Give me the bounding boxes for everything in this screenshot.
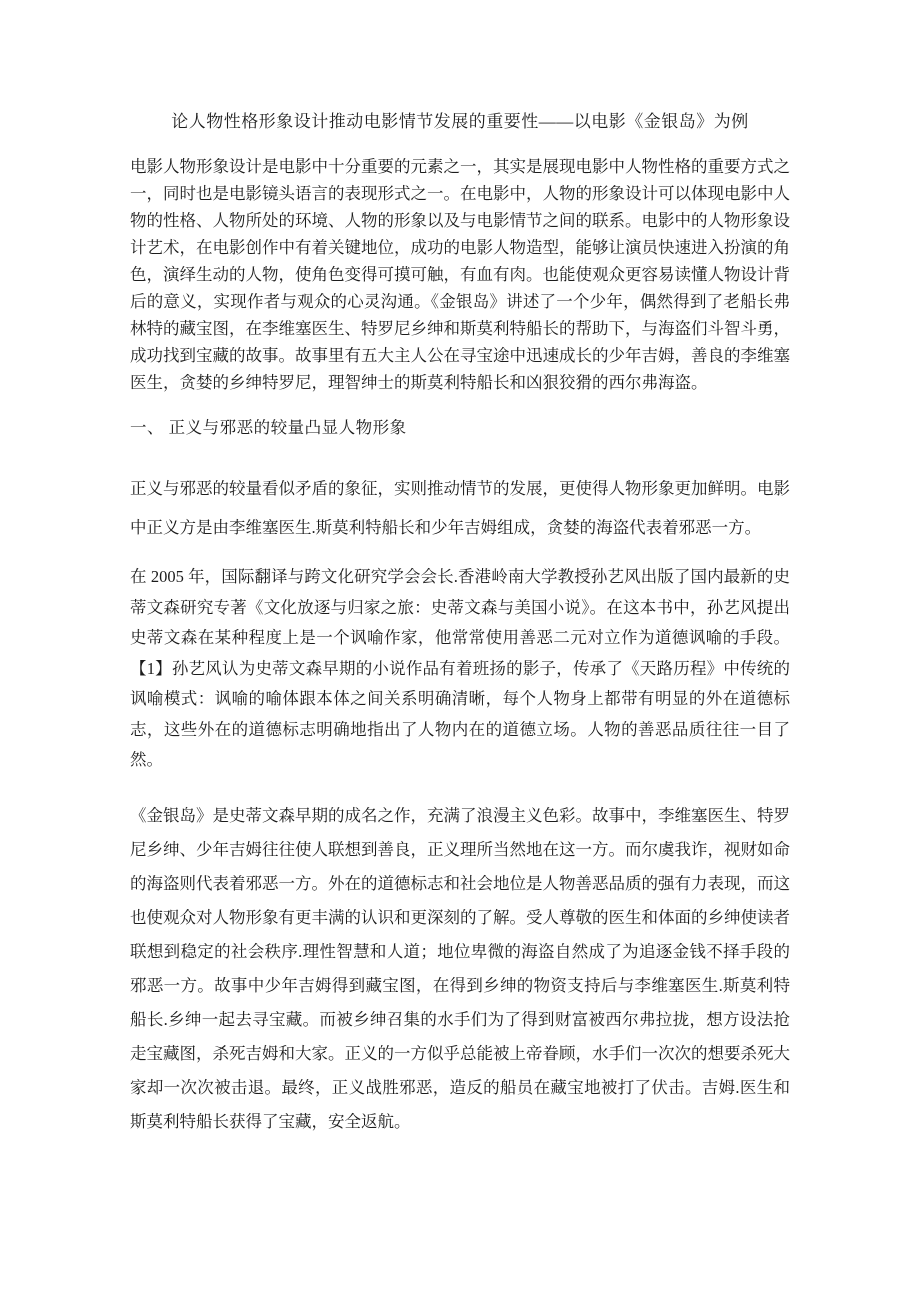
intro-paragraph: 电影人物形象设计是电影中十分重要的元素之一，其实是展现电影中人物性格的重要方式之…	[130, 153, 790, 396]
section-paragraph-2: 在 2005 年，国际翻译与跨文化研究学会会长.香港岭南大学教授孙艺风出版了国内…	[130, 562, 790, 776]
section-paragraph-1: 正义与邪恶的较量看似矛盾的象征，实则推动情节的发展，更使得人物形象更加鲜明。电影…	[130, 469, 790, 547]
document-title: 论人物性格形象设计推动电影情节发展的重要性——以电影《金银岛》为例	[130, 108, 790, 135]
section-paragraph-3: 《金银岛》是史蒂文森早期的成名之作，充满了浪漫主义色彩。故事中，李维塞医生、特罗…	[130, 799, 790, 1139]
document-page: 论人物性格形象设计推动电影情节发展的重要性——以电影《金银岛》为例 电影人物形象…	[0, 0, 920, 1302]
section-heading: 一、 正义与邪恶的较量凸显人物形象	[130, 414, 790, 441]
